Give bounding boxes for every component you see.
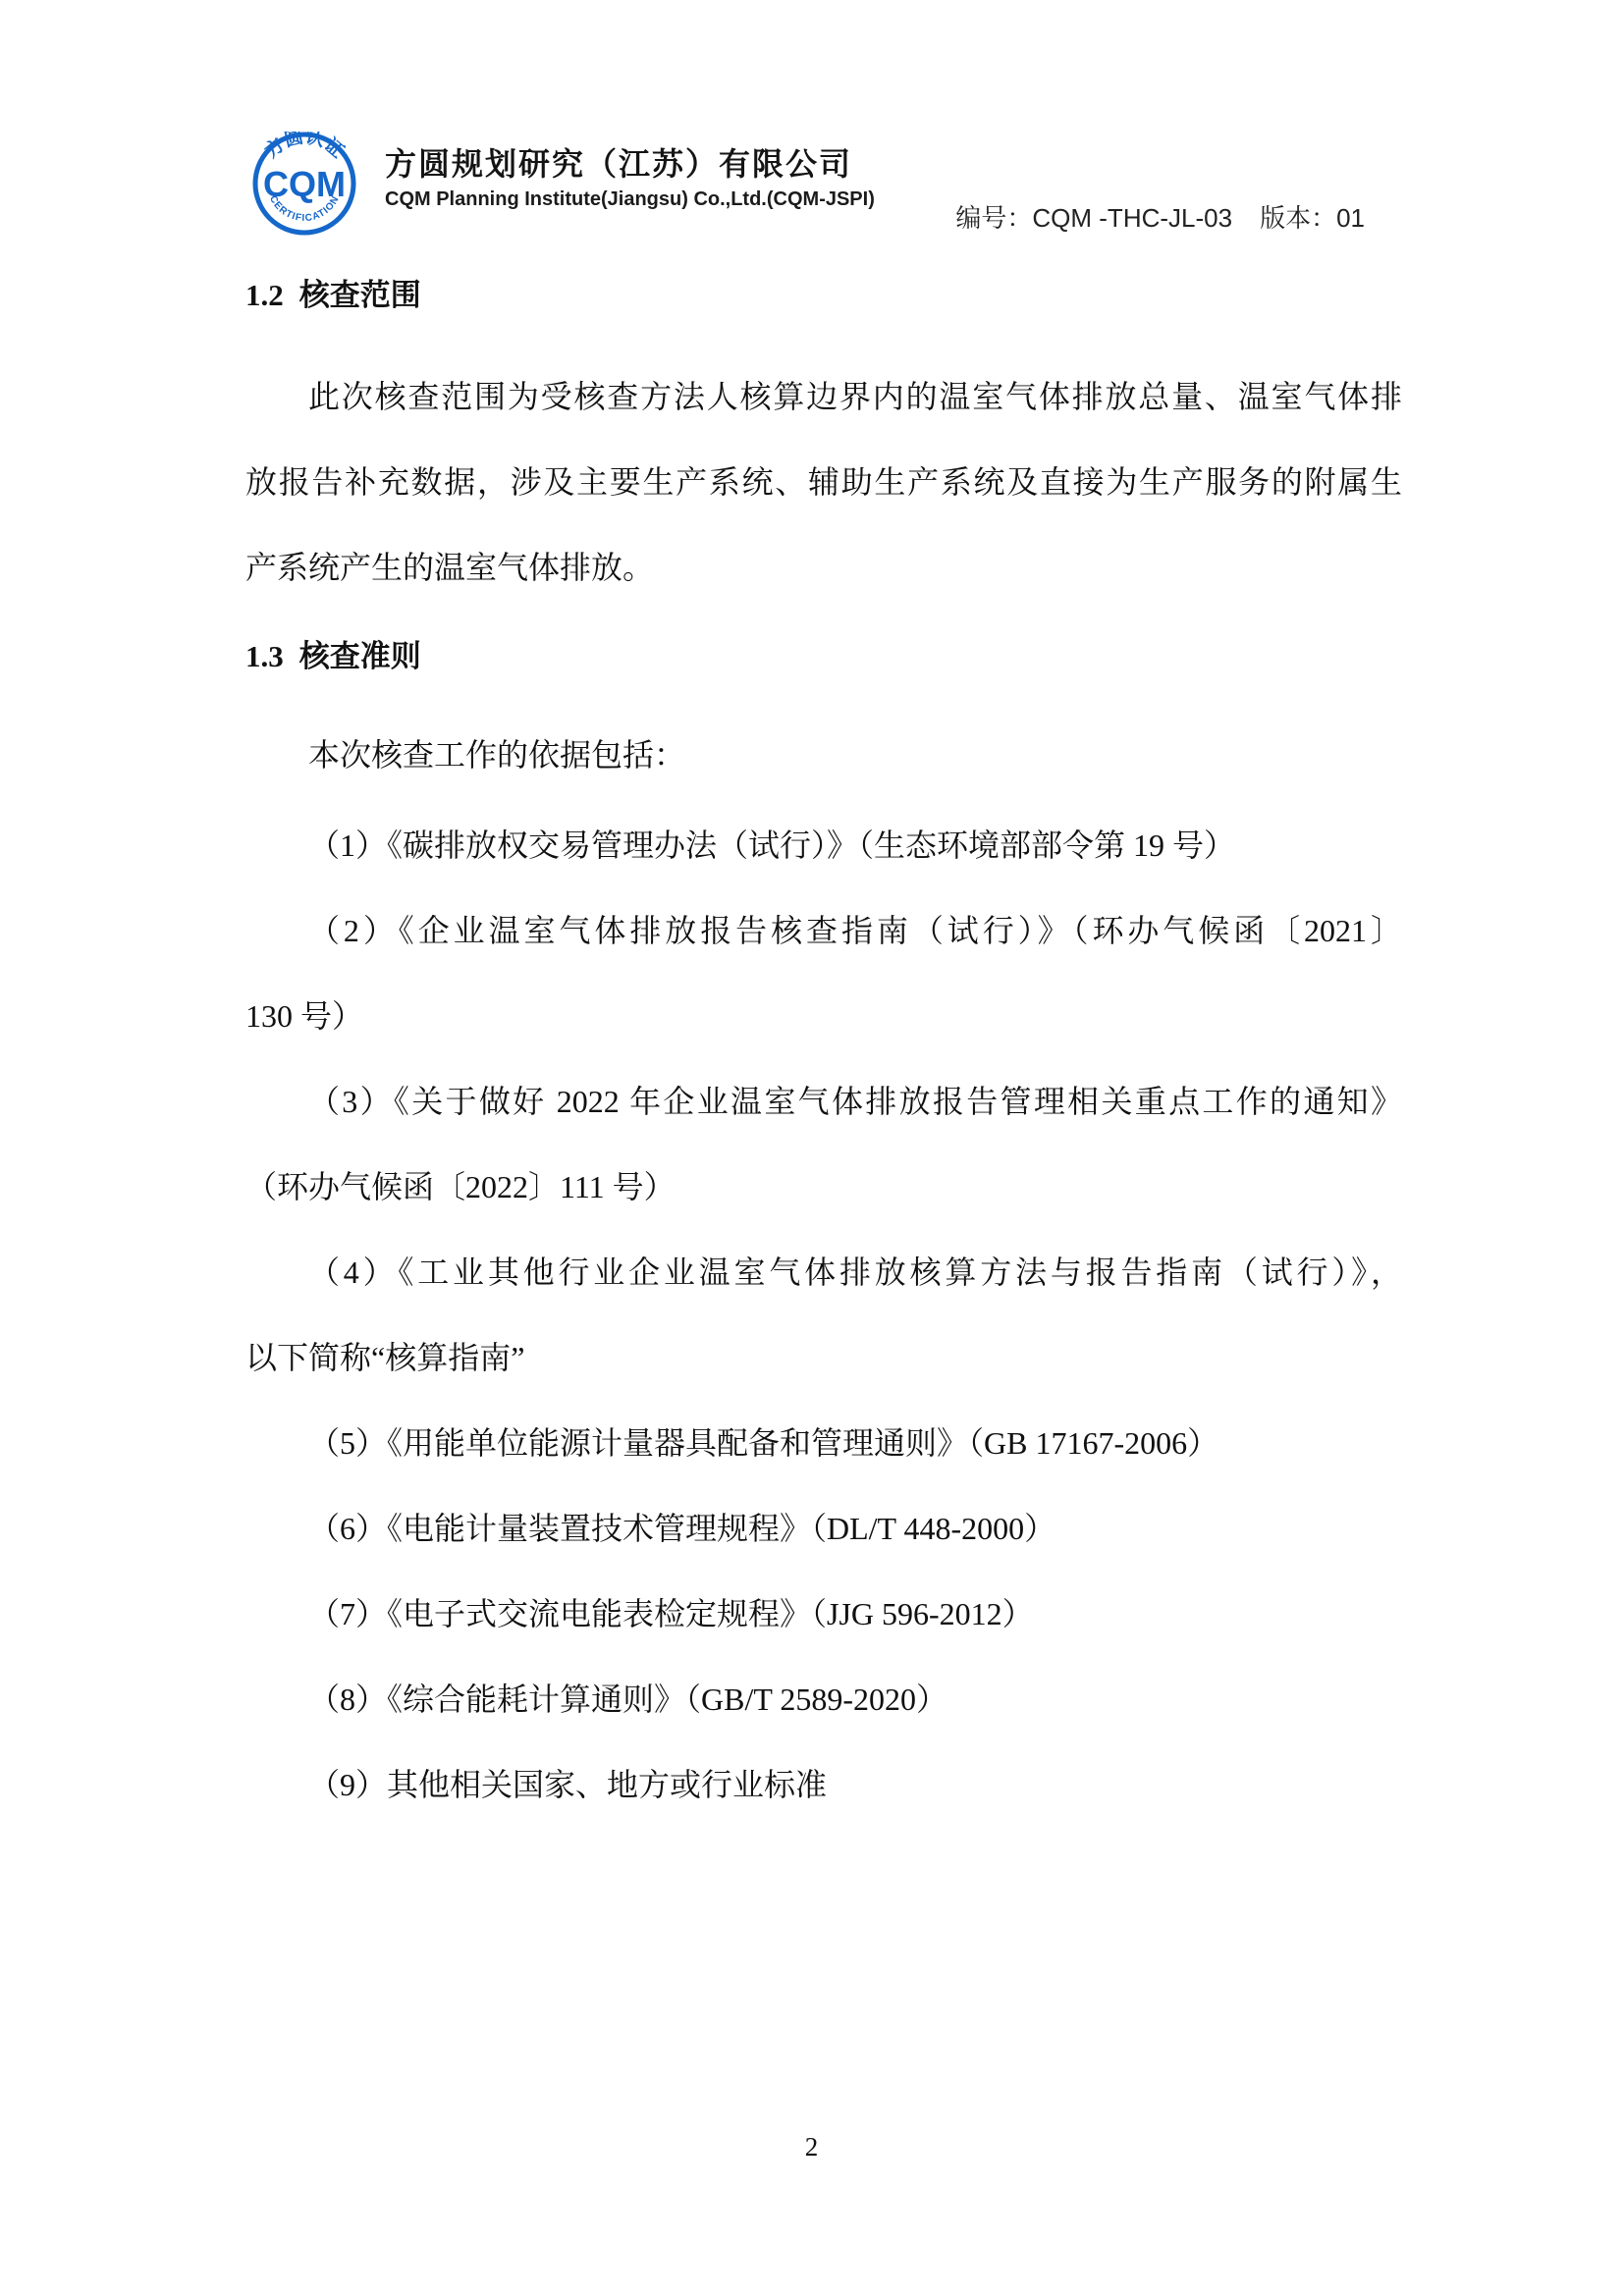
doc-version-label: 版本：	[1260, 203, 1336, 233]
list-item: （8）《综合能耗计算通则》（GB/T 2589-2020）	[245, 1657, 1402, 1742]
paragraph-line: 放报告补充数据，涉及主要生产系统、辅助生产系统及直接为生产服务的附属生	[245, 440, 1402, 525]
company-name-cn: 方圆规划研究（江苏）有限公司	[385, 139, 852, 185]
list-item-line: （4）《工业其他行业企业温室气体排放核算方法与报告指南（试行）》，	[245, 1230, 1402, 1315]
list-item-line: （1）《碳排放权交易管理办法（试行）》（生态环境部部令第 19 号）	[245, 803, 1402, 888]
list-item-line: （9）其他相关国家、地方或行业标准	[245, 1742, 1402, 1828]
list-item-line: （8）《综合能耗计算通则》（GB/T 2589-2020）	[245, 1657, 1402, 1742]
section-title: 核查准则	[299, 639, 421, 673]
list-item-line: （6）《电能计量装置技术管理规程》（DL/T 448-2000）	[245, 1486, 1402, 1572]
list-item-line: 130 号）	[245, 974, 1402, 1059]
paragraph-line: 此次核查范围为受核查方法人核算边界内的温室气体排放总量、温室气体排	[245, 354, 1402, 440]
list-item-line: （环办气候函〔2022〕111 号）	[245, 1145, 1402, 1230]
document-code: 编号：CQM -THC-JL-03版本：01	[955, 198, 1365, 235]
list-item-line: 以下简称“核算指南”	[245, 1315, 1402, 1401]
list-item: （4）《工业其他行业企业温室气体排放核算方法与报告指南（试行）》， 以下简称“核…	[245, 1230, 1402, 1401]
section-title: 核查范围	[299, 278, 421, 312]
doc-number-label: 编号：	[955, 203, 1032, 233]
section-heading-1-2: 1.2核查范围	[245, 273, 1402, 317]
intro-line: 本次核查工作的依据包括：	[245, 713, 1402, 798]
criteria-intro: 本次核查工作的依据包括：	[245, 713, 1402, 798]
list-item: （5）《用能单位能源计量器具配备和管理通则》（GB 17167-2006）	[245, 1401, 1402, 1486]
section-number: 1.3	[245, 639, 284, 673]
paragraph-line: 产系统产生的温室气体排放。	[245, 525, 1402, 611]
page-number: 2	[0, 2132, 1623, 2163]
scope-paragraph: 此次核查范围为受核查方法人核算边界内的温室气体排放总量、温室气体排 放报告补充数…	[245, 354, 1402, 611]
list-item: （2）《企业温室气体排放报告核查指南（试行）》（环办气候函〔2021〕 130 …	[245, 888, 1402, 1059]
list-item: （1）《碳排放权交易管理办法（试行）》（生态环境部部令第 19 号）	[245, 803, 1402, 888]
list-item: （3）《关于做好 2022 年企业温室气体排放报告管理相关重点工作的通知》 （环…	[245, 1059, 1402, 1230]
section-heading-1-3: 1.3核查准则	[245, 634, 1402, 678]
list-item: （6）《电能计量装置技术管理规程》（DL/T 448-2000）	[245, 1486, 1402, 1572]
list-item: （7）《电子式交流电能表检定规程》（JJG 596-2012）	[245, 1572, 1402, 1657]
doc-number-value: CQM -THC-JL-03	[1032, 203, 1232, 233]
company-name-en: CQM Planning Institute(Jiangsu) Co.,Ltd.…	[385, 188, 875, 211]
doc-version-value: 01	[1336, 203, 1365, 233]
list-item-line: （5）《用能单位能源计量器具配备和管理通则》（GB 17167-2006）	[245, 1401, 1402, 1486]
criteria-list: （1）《碳排放权交易管理办法（试行）》（生态环境部部令第 19 号） （2）《企…	[245, 803, 1402, 1828]
document-page: 方圆认证 CQM CERTIFICATION 方圆规划研究（江苏）有限公司 CQ…	[0, 0, 1623, 2296]
cqm-logo: 方圆认证 CQM CERTIFICATION	[252, 132, 356, 236]
list-item: （9）其他相关国家、地方或行业标准	[245, 1742, 1402, 1828]
list-item-line: （2）《企业温室气体排放报告核查指南（试行）》（环办气候函〔2021〕	[245, 888, 1402, 974]
list-item-line: （7）《电子式交流电能表检定规程》（JJG 596-2012）	[245, 1572, 1402, 1657]
section-number: 1.2	[245, 278, 284, 312]
list-item-line: （3）《关于做好 2022 年企业温室气体排放报告管理相关重点工作的通知》	[245, 1059, 1402, 1145]
